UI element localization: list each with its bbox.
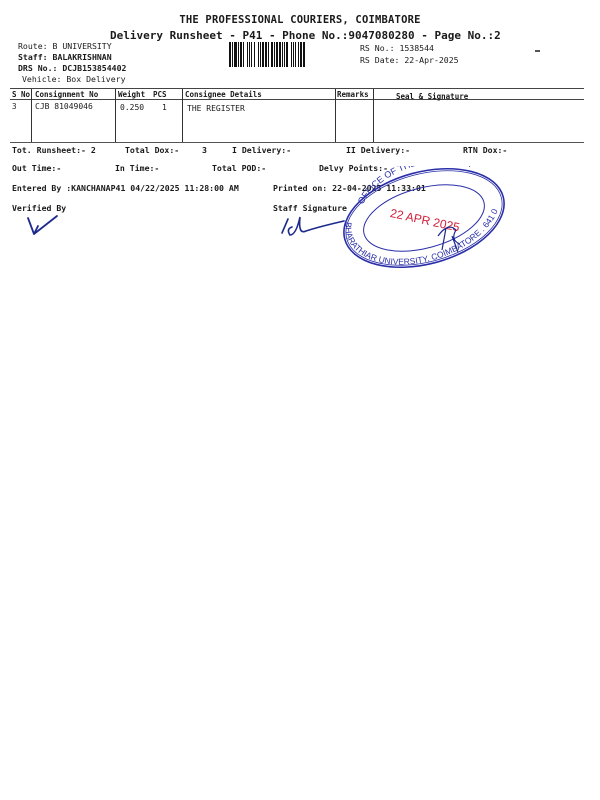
rs-date-value: 22-Apr-2025 (404, 55, 458, 65)
col-header-sno: S No (12, 90, 30, 99)
route-field: Route: B UNIVERSITY (18, 41, 112, 51)
out-time: Out Time:- (12, 163, 61, 173)
rtn-dox: RTN Dox:- (463, 145, 507, 155)
column-divider (31, 89, 32, 142)
column-divider (335, 89, 336, 142)
column-divider (373, 89, 374, 142)
drs-label: DRS No.: (18, 63, 57, 73)
ii-delivery: II Delivery:- (346, 145, 410, 155)
staff-value: BALAKRISHNAN (53, 52, 112, 62)
runsheet-table: S No Consignment No Weight PCS Consignee… (10, 88, 584, 143)
drs-field: DRS No.: DCJB153854402 (18, 63, 126, 73)
in-time: In Time:- (115, 163, 159, 173)
drs-value: DCJB153854402 (62, 63, 126, 73)
row-weight: 0.250 (120, 103, 144, 112)
rs-no-label: RS No.: (360, 43, 395, 53)
header-divider (10, 99, 584, 100)
total-dox-label: Total Dox:- (125, 145, 179, 155)
rs-date-field: RS Date: 22-Apr-2025 (360, 55, 459, 65)
entered-by: Entered By :KANCHANAP41 04/22/2025 11:28… (12, 183, 239, 193)
column-divider (115, 89, 116, 142)
col-header-pcs: PCS (153, 90, 167, 99)
row-sno: 3 (12, 102, 17, 111)
runsheet-subtitle: Delivery Runsheet - P41 - Phone No.:9047… (110, 29, 501, 42)
rs-no-value: 1538544 (399, 43, 434, 53)
rs-no-field: RS No.: 1538544 (360, 43, 434, 53)
col-header-seal: Seal & Signature (396, 92, 468, 101)
row-pcs: 1 (162, 103, 167, 112)
staff-label: Staff: (18, 52, 48, 62)
verified-signature-icon (24, 212, 64, 240)
staff-field: Staff: BALAKRISHNAN (18, 52, 112, 62)
vehicle-label: Vehicle: (22, 74, 61, 84)
registrar-stamp-icon: OFFICE OF THE REGISTRAR BHARATHIAR UNIVE… (338, 166, 510, 270)
col-header-weight: Weight (118, 90, 145, 99)
row-consignee: THE REGISTER (187, 104, 245, 113)
vehicle-field: Vehicle: Box Delivery (22, 74, 126, 84)
scan-speck (535, 50, 540, 52)
company-title: THE PROFESSIONAL COURIERS, COIMBATORE (0, 14, 600, 26)
col-header-consignment: Consignment No (35, 90, 98, 99)
tot-runsheet: Tot. Runsheet:- 2 (12, 145, 96, 155)
barcode-bar (305, 42, 306, 67)
route-label: Route: (18, 41, 48, 51)
stamp-date: 22 APR 2025 (389, 206, 461, 234)
i-delivery: I Delivery:- (232, 145, 291, 155)
barcode (229, 42, 351, 67)
total-dox-value: 3 (202, 145, 207, 155)
route-value: B UNIVERSITY (53, 41, 112, 51)
column-divider (182, 89, 183, 142)
col-header-consignee: Consignee Details (185, 90, 262, 99)
row-consignment-no: CJB 81049046 (35, 102, 93, 111)
col-header-remarks: Remarks (337, 90, 369, 99)
vehicle-value: Box Delivery (66, 74, 125, 84)
rs-date-label: RS Date: (360, 55, 399, 65)
total-pod: Total POD:- (212, 163, 266, 173)
